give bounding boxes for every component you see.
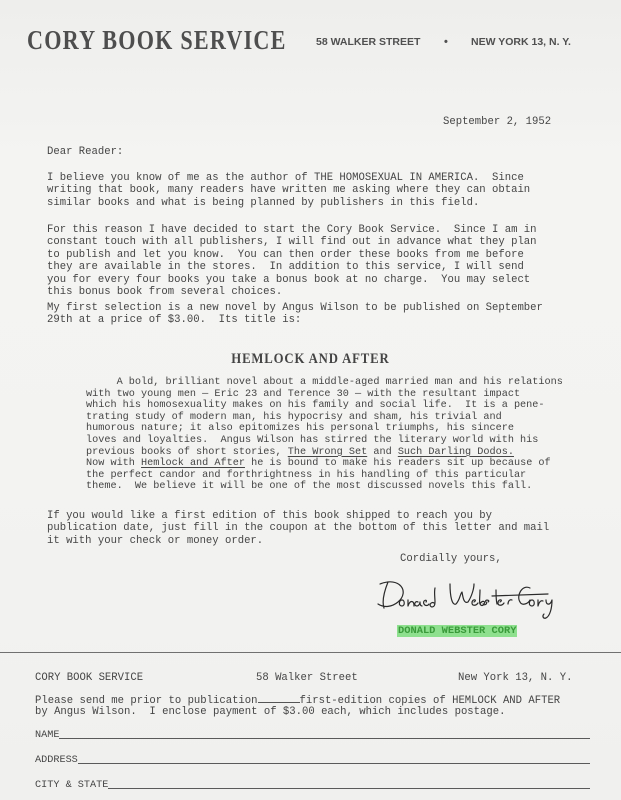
book-reference-darling-dodos: Such Darling Dodos. xyxy=(398,447,514,458)
blurb-line: theme. We believe it will be one of the … xyxy=(86,481,532,492)
letterhead-city: NEW YORK 13, N. Y. xyxy=(471,36,571,48)
coupon-tear-line xyxy=(0,652,621,653)
book-reference-wrong-set: The Wrong Set xyxy=(288,447,367,458)
blurb-line: with two young men — Eric 23 and Terence… xyxy=(86,389,520,400)
blurb-line-text: Now with xyxy=(86,458,141,469)
book-blurb: A bold, brilliant novel about a middle-a… xyxy=(86,377,563,493)
letterhead-bullet-separator: • xyxy=(444,36,448,48)
closing: Cordially yours, xyxy=(400,553,502,565)
blurb-line: humorous nature; it also epitomizes his … xyxy=(86,423,514,434)
paragraph-order-instructions: If you would like a first edition of thi… xyxy=(47,510,549,547)
address-field-label: ADDRESS xyxy=(35,755,78,766)
city-state-field-line[interactable] xyxy=(108,778,590,789)
blurb-line: which his homosexuality makes on his fam… xyxy=(86,400,545,411)
blurb-line-text: and xyxy=(367,447,398,458)
paragraph-service: For this reason I have decided to start … xyxy=(47,224,537,298)
address-field-line[interactable] xyxy=(78,753,590,764)
name-field-line[interactable] xyxy=(59,728,590,739)
blurb-line: the perfect candor and forthrightness in… xyxy=(86,470,526,481)
salutation: Dear Reader: xyxy=(47,146,123,158)
letter-page: CORY BOOK SERVICE 58 WALKER STREET • NEW… xyxy=(0,0,621,800)
letter-date: September 2, 1952 xyxy=(443,116,551,128)
paragraph-selection: My first selection is a new novel by Ang… xyxy=(47,302,543,327)
paragraph-intro: I believe you know of me as the author o… xyxy=(47,172,530,209)
signer-printed-name: DONALD WEBSTER CORY xyxy=(397,625,517,637)
blurb-line-text: previous books of short stories, xyxy=(86,447,288,458)
name-field-label: NAME xyxy=(35,730,59,741)
book-reference-hemlock: Hemlock and After xyxy=(141,458,245,469)
coupon-city: New York 13, N. Y. xyxy=(458,672,572,684)
book-title-heading: HEMLOCK AND AFTER xyxy=(47,351,575,368)
letterhead-company-name: CORY BOOK SERVICE xyxy=(27,25,287,56)
blurb-line: trating study of modern man, his hypocri… xyxy=(86,412,502,423)
blurb-line-text: he is bound to make his readers sit up b… xyxy=(245,458,551,469)
city-state-field-label: CITY & STATE xyxy=(35,780,108,791)
coupon-payment-text: by Angus Wilson. I enclose payment of $3… xyxy=(35,706,505,718)
city-state-field[interactable]: CITY & STATE xyxy=(35,778,590,791)
coupon-street: 58 Walker Street xyxy=(256,672,358,684)
address-field[interactable]: ADDRESS xyxy=(35,753,590,766)
coupon-company: CORY BOOK SERVICE xyxy=(35,672,143,684)
blurb-line: loves and loyalties. Angus Wilson has st… xyxy=(86,435,538,446)
letterhead-street: 58 WALKER STREET xyxy=(316,36,420,48)
handwritten-signature xyxy=(370,570,570,620)
quantity-blank-field[interactable] xyxy=(258,693,300,703)
blurb-line: A bold, brilliant novel about a middle-a… xyxy=(86,377,563,388)
name-field[interactable]: NAME xyxy=(35,728,590,741)
